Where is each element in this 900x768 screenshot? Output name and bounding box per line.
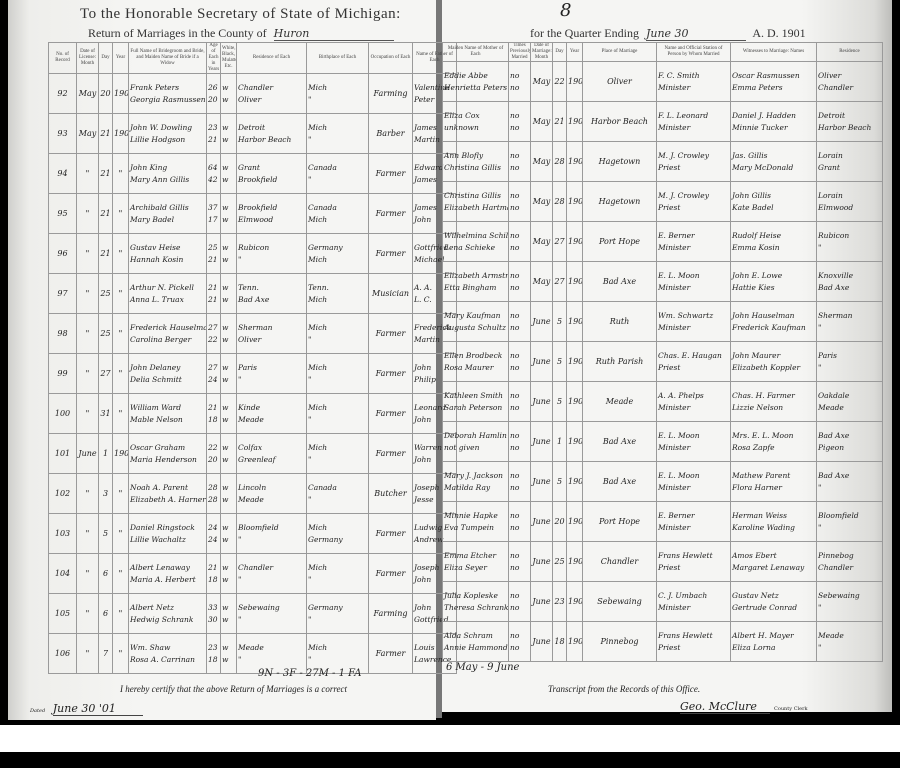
cell-age-b: 28 — [208, 494, 219, 506]
cell-pair: Ellen BrodbeckRosa Maurer — [443, 342, 509, 382]
cell-prev-g: no — [510, 70, 529, 82]
cell-pair: nono — [509, 622, 531, 662]
cell-age-b: 21 — [208, 134, 219, 146]
cell-pair: Tenn.Bad Axe — [237, 274, 307, 314]
cell-pair: ww — [221, 154, 237, 194]
cell-pair: Ann BloflyChristina Gillis — [443, 142, 509, 182]
cell-res-g: Lincoln — [238, 482, 305, 494]
cell-mar-day: 28 — [553, 182, 567, 222]
cell-birth-g: Mich — [308, 442, 367, 454]
cell-wres1: Bad Axe — [818, 430, 881, 442]
cell-prev-g: no — [510, 470, 529, 482]
cell-wit2: Emma Peters — [732, 82, 815, 94]
cell-pair: nono — [509, 142, 531, 182]
cell-age-g: 28 — [208, 482, 219, 494]
right-column-header: Date of Marriage: Month — [531, 43, 553, 62]
cell-mother-b: Theresa Schrank — [444, 602, 507, 614]
cell-pair: ChandlerOliver — [237, 74, 307, 114]
cell-pair: Eliza Coxunknown — [443, 102, 509, 142]
certification-text: I hereby certify that the above Return o… — [120, 684, 347, 694]
document-title: To the Honorable Secretary of State of M… — [80, 6, 401, 23]
left-column-header: Occupation of Each — [369, 43, 413, 74]
cell-birth-b: " — [308, 174, 367, 186]
cell-mar-month: June — [531, 502, 553, 542]
cell-pair: ww — [221, 194, 237, 234]
cell-lic-day: 6 — [99, 554, 113, 594]
cell-color-b: w — [222, 574, 235, 586]
right-record-row: Mary J. JacksonMatilda RaynonoJune51901B… — [443, 462, 883, 502]
cell-color-b: w — [222, 254, 235, 266]
cell-lic-month: June — [77, 434, 99, 474]
cell-lic-year: " — [113, 234, 129, 274]
cell-pair: F. C. SmithMinister — [657, 62, 731, 102]
cell-groom: Archibald Gillis — [130, 202, 205, 214]
cell-wit2: Kate Badel — [732, 202, 815, 214]
cell-officiant-title: Priest — [658, 202, 729, 214]
cell-mother-b: Augusta Schultz — [444, 322, 507, 334]
cell-lic-month: " — [77, 514, 99, 554]
year-value: 1 — [800, 26, 806, 40]
cell-lic-month: " — [77, 154, 99, 194]
cell-age-b: 20 — [208, 454, 219, 466]
cell-age-b: 42 — [208, 174, 219, 186]
cell-age-g: 23 — [208, 642, 219, 654]
cell-lic-year: " — [113, 594, 129, 634]
cell-age-g: 33 — [208, 602, 219, 614]
cell-pair: Mary KaufmanAugusta Schultz — [443, 302, 509, 342]
cell-wit1: Jas. Gillis — [732, 150, 815, 162]
cell-wres2: " — [818, 602, 881, 614]
cell-birth-b: " — [308, 374, 367, 386]
cell-officiant-title: Minister — [658, 282, 729, 294]
cell-prev-g: no — [510, 550, 529, 562]
county-label: Return of Marriages in the County of — [88, 26, 267, 40]
cell-color-g: w — [222, 562, 235, 574]
cell-wit2: Flora Harner — [732, 482, 815, 494]
cell-pair: nono — [509, 422, 531, 462]
cell-groom: Albert Netz — [130, 602, 205, 614]
cell-officiant-title: Minister — [658, 122, 729, 134]
cell-bride: Mable Nelson — [130, 414, 205, 426]
cell-lic-day: 31 — [99, 394, 113, 434]
cell-pair: Amos EbertMargaret Lenaway — [731, 542, 817, 582]
cell-pair: Gustav HeiseHannah Kosin — [129, 234, 207, 274]
cell-age-g: 22 — [208, 442, 219, 454]
cell-mar-day: 22 — [553, 62, 567, 102]
right-column-header: Place of Marriage — [583, 43, 657, 62]
cell-groom: Frederick Hauselman — [130, 322, 205, 334]
right-record-row: Ellen BrodbeckRosa MaurernonoJune51901Ru… — [443, 342, 883, 382]
cell-officiant: F. C. Smith — [658, 70, 729, 82]
cell-pair: 2118 — [207, 394, 221, 434]
cell-pair: ww — [221, 594, 237, 634]
cell-prev-g: no — [510, 110, 529, 122]
cell-pair: OakdaleMeade — [817, 382, 883, 422]
cell-mother-g: Ellen Brodbeck — [444, 350, 507, 362]
cell-wit1: Albert H. Mayer — [732, 630, 815, 642]
cell-pair: M. J. CrowleyPriest — [657, 182, 731, 222]
cell-groom: Daniel Ringstock — [130, 522, 205, 534]
cell-officiant: Frans Hewlett — [658, 550, 729, 562]
cell-occ: Farmer — [369, 154, 413, 194]
county-value: Huron — [274, 27, 394, 41]
cell-pair: John E. LoweHattie Kies — [731, 262, 817, 302]
cell-mar-day: 21 — [553, 102, 567, 142]
cell-age-g: 21 — [208, 282, 219, 294]
cell-birth-b: " — [308, 614, 367, 626]
cell-no: 98 — [49, 314, 77, 354]
cell-groom: Arthur N. Pickell — [130, 282, 205, 294]
cell-mar-year: 1901 — [567, 62, 583, 102]
quarter-value: June 30 — [646, 27, 746, 41]
cell-officiant: E. Berner — [658, 230, 729, 242]
cell-pair: ww — [221, 354, 237, 394]
left-column-header: White, Black, Mulatto, Etc. — [221, 43, 237, 74]
cell-pair: William WardMable Nelson — [129, 394, 207, 434]
left-record-row: 92May201901Frank PetersGeorgia Rasmussen… — [49, 74, 457, 114]
right-column-header: Name and Official Station of Person by W… — [657, 43, 731, 62]
cell-pair: Mich" — [307, 394, 369, 434]
cell-lic-year: " — [113, 634, 129, 674]
left-column-header: Year — [113, 43, 129, 74]
cell-color-g: w — [222, 122, 235, 134]
cell-wit2: Eliza Lorna — [732, 642, 815, 654]
cell-groom: Gustav Heise — [130, 242, 205, 254]
cell-pair: nono — [509, 102, 531, 142]
cell-res-b: Oliver — [238, 334, 305, 346]
cell-mother-g: Christina Gillis — [444, 190, 507, 202]
cell-wit1: Mathew Parent — [732, 470, 815, 482]
cell-color-g: w — [222, 522, 235, 534]
cell-pair: 6442 — [207, 154, 221, 194]
cell-wres1: Sebewaing — [818, 590, 881, 602]
cell-pair: Alda SchramAnnie Hammond — [443, 622, 509, 662]
cell-lic-day: 6 — [99, 594, 113, 634]
cell-pair: Chas. E. HauganPriest — [657, 342, 731, 382]
cell-lic-day: 5 — [99, 514, 113, 554]
cell-prev-g: no — [510, 150, 529, 162]
left-record-row: 102"3"Noah A. ParentElizabeth A. Harner2… — [49, 474, 457, 514]
cell-officiant-title: Minister — [658, 602, 729, 614]
cell-pair: 2828 — [207, 474, 221, 514]
cell-wit1: John E. Lowe — [732, 270, 815, 282]
cell-mar-day: 28 — [553, 142, 567, 182]
cell-place: Port Hope — [583, 502, 657, 542]
cell-bride: Carolina Berger — [130, 334, 205, 346]
cell-birth-g: Tenn. — [308, 282, 367, 294]
cell-pair: nono — [509, 342, 531, 382]
cell-prev-b: no — [510, 82, 529, 94]
cell-pair: Emma EtcherEliza Seyer — [443, 542, 509, 582]
cell-pair: Christina GillisElizabeth Hartman — [443, 182, 509, 222]
cell-wres1: Sherman — [818, 310, 881, 322]
cell-pair: Tenn.Mich — [307, 274, 369, 314]
cell-wres2: Chandler — [818, 82, 881, 94]
cell-birth-g: Mich — [308, 522, 367, 534]
left-register-table: No. of RecordDate of License: MonthDayYe… — [48, 42, 457, 674]
cell-age-b: 24 — [208, 534, 219, 546]
cell-pair: Daniel RingstockLillie Wachaltz — [129, 514, 207, 554]
cell-wres2: Harbor Beach — [818, 122, 881, 134]
cell-mar-year: 1901 — [567, 502, 583, 542]
cell-wres2: " — [818, 322, 881, 334]
cell-color-g: w — [222, 482, 235, 494]
cell-lic-month: " — [77, 194, 99, 234]
cell-occ: Farmer — [369, 514, 413, 554]
cell-color-g: w — [222, 642, 235, 654]
cell-groom: Noah A. Parent — [130, 482, 205, 494]
cell-pair: ww — [221, 74, 237, 114]
cell-wres1: Oakdale — [818, 390, 881, 402]
cell-bride: Maria A. Herbert — [130, 574, 205, 586]
left-column-header: Full Name of Bridegroom and Bride, and M… — [129, 43, 207, 74]
cell-mother-b: not given — [444, 442, 507, 454]
cell-officiant: E. L. Moon — [658, 430, 729, 442]
cell-no: 92 — [49, 74, 77, 114]
cell-occ: Farmer — [369, 194, 413, 234]
cell-pair: ww — [221, 114, 237, 154]
cell-lic-year: " — [113, 154, 129, 194]
cell-lic-month: " — [77, 234, 99, 274]
cell-no: 99 — [49, 354, 77, 394]
cell-occ: Farmer — [369, 554, 413, 594]
cell-bride: Maria Henderson — [130, 454, 205, 466]
cell-pair: Minnie HapkeEva Tumpein — [443, 502, 509, 542]
cell-wres2: " — [818, 362, 881, 374]
year-label: A. D. 190 — [752, 26, 799, 40]
cell-lic-month: " — [77, 354, 99, 394]
bottom-white-band — [0, 725, 900, 752]
left-column-header: No. of Record — [49, 43, 77, 74]
cell-age-g: 64 — [208, 162, 219, 174]
cell-pair: LincolnMeade — [237, 474, 307, 514]
left-record-row: 103"5"Daniel RingstockLillie Wachaltz242… — [49, 514, 457, 554]
cell-pair: Daniel J. HaddenMinnie Tucker — [731, 102, 817, 142]
cell-mar-month: May — [531, 182, 553, 222]
cell-res-g: Sebewaing — [238, 602, 305, 614]
cell-officiant: M. J. Crowley — [658, 150, 729, 162]
cell-mar-day: 23 — [553, 582, 567, 622]
left-record-row: 96"21"Gustav HeiseHannah Kosin2521wwRubi… — [49, 234, 457, 274]
cell-mother-g: Eliza Cox — [444, 110, 507, 122]
cell-pair: John KingMary Ann Gillis — [129, 154, 207, 194]
cell-res-g: Sherman — [238, 322, 305, 334]
cell-pair: ww — [221, 434, 237, 474]
clerk-label: County Clerk — [774, 706, 808, 712]
cell-wit2: Frederick Kaufman — [732, 322, 815, 334]
cell-mother-g: Emma Etcher — [444, 550, 507, 562]
cell-color-b: w — [222, 454, 235, 466]
cell-lic-day: 7 — [99, 634, 113, 674]
cell-pair: Paris" — [237, 354, 307, 394]
cell-pair: ww — [221, 314, 237, 354]
cell-place: Bad Axe — [583, 262, 657, 302]
cell-pair: C. J. UmbachMinister — [657, 582, 731, 622]
cell-bride: Rosa A. Carrinan — [130, 654, 205, 666]
cell-pair: Noah A. ParentElizabeth A. Harner — [129, 474, 207, 514]
cell-color-g: w — [222, 442, 235, 454]
cell-pair: ww — [221, 474, 237, 514]
cell-pair: E. L. MoonMinister — [657, 462, 731, 502]
cell-lic-day: 25 — [99, 274, 113, 314]
cell-birth-b: " — [308, 654, 367, 666]
cell-officiant: Wm. Schwartz — [658, 310, 729, 322]
cell-wres2: Bad Axe — [818, 282, 881, 294]
right-column-header: Maiden Name of Mother of Each — [443, 43, 509, 62]
right-record-row: Minnie HapkeEva TumpeinnonoJune201901Por… — [443, 502, 883, 542]
cell-pair: John GillisKate Badel — [731, 182, 817, 222]
cell-no: 97 — [49, 274, 77, 314]
cell-officiant-title: Minister — [658, 322, 729, 334]
cell-lic-year: " — [113, 314, 129, 354]
cell-mar-year: 1901 — [567, 182, 583, 222]
cell-prev-g: no — [510, 310, 529, 322]
county-line: Return of Marriages in the County of Hur… — [88, 26, 394, 41]
cell-prev-g: no — [510, 630, 529, 642]
cell-pair: Canada" — [307, 474, 369, 514]
left-record-row: 101June11901Oscar GrahamMaria Henderson2… — [49, 434, 457, 474]
cell-officiant: F. L. Leonard — [658, 110, 729, 122]
cell-mar-month: June — [531, 542, 553, 582]
cell-res-b: " — [238, 654, 305, 666]
cell-birth-b: " — [308, 494, 367, 506]
cell-mar-month: June — [531, 342, 553, 382]
cell-mar-day: 18 — [553, 622, 567, 662]
cell-age-g: 27 — [208, 362, 219, 374]
cell-birth-g: Mich — [308, 562, 367, 574]
cell-lic-day: 21 — [99, 234, 113, 274]
cell-officiant: C. J. Umbach — [658, 590, 729, 602]
cell-res-g: Chandler — [238, 562, 305, 574]
cell-mar-year: 1901 — [567, 422, 583, 462]
cell-wres2: " — [818, 522, 881, 534]
cell-officiant-title: Minister — [658, 482, 729, 494]
cell-pair: nono — [509, 302, 531, 342]
cell-wit1: Gustav Netz — [732, 590, 815, 602]
right-record-row: Elizabeth ArmstrongEtta BinghamnonoMay27… — [443, 262, 883, 302]
cell-pair: Jas. GillisMary McDonald — [731, 142, 817, 182]
cell-lic-month: " — [77, 554, 99, 594]
cell-groom: Frank Peters — [130, 82, 205, 94]
cell-age-b: 22 — [208, 334, 219, 346]
cell-mar-month: June — [531, 382, 553, 422]
cell-mar-month: June — [531, 622, 553, 662]
cell-mother-b: Christina Gillis — [444, 162, 507, 174]
cell-pair: LorainGrant — [817, 142, 883, 182]
cell-groom: John W. Dowling — [130, 122, 205, 134]
cell-bride: Delia Schmitt — [130, 374, 205, 386]
cell-place: Port Hope — [583, 222, 657, 262]
cell-wit2: Elizabeth Koppler — [732, 362, 815, 374]
cell-mother-b: Annie Hammond — [444, 642, 507, 654]
cell-pair: Chandler" — [237, 554, 307, 594]
cell-prev-b: no — [510, 162, 529, 174]
cell-groom: William Ward — [130, 402, 205, 414]
cell-pair: CanadaMich — [307, 194, 369, 234]
cell-prev-g: no — [510, 510, 529, 522]
cell-mar-year: 1901 — [567, 582, 583, 622]
cell-officiant-title: Minister — [658, 522, 729, 534]
transcript-text: Transcript from the Records of this Offi… — [548, 684, 700, 694]
cell-mar-year: 1901 — [567, 382, 583, 422]
right-record-row: Eliza CoxunknownnonoMay211901Harbor Beac… — [443, 102, 883, 142]
cell-pair: John W. DowlingLillie Hodgson — [129, 114, 207, 154]
cell-color-g: w — [222, 602, 235, 614]
cell-mother-b: Elizabeth Hartman — [444, 202, 507, 214]
cell-groom: Oscar Graham — [130, 442, 205, 454]
cell-age-g: 21 — [208, 562, 219, 574]
cell-color-b: w — [222, 294, 235, 306]
cell-birth-g: Mich — [308, 642, 367, 654]
cell-pair: E. L. MoonMinister — [657, 262, 731, 302]
cell-pair: BrookfieldElmwood — [237, 194, 307, 234]
cell-pair: LorainElmwood — [817, 182, 883, 222]
cell-mother-b: Etta Bingham — [444, 282, 507, 294]
cell-pair: Kathleen SmithSarah Peterson — [443, 382, 509, 422]
cell-res-g: Detroit — [238, 122, 305, 134]
cell-age-b: 18 — [208, 414, 219, 426]
cell-lic-month: " — [77, 634, 99, 674]
cell-occ: Farmer — [369, 234, 413, 274]
cell-mother-g: Eddie Abbe — [444, 70, 507, 82]
left-record-row: 94"21"John KingMary Ann Gillis6442wwGran… — [49, 154, 457, 194]
left-record-row: 95"21"Archibald GillisMary Badel3717wwBr… — [49, 194, 457, 234]
cell-age-g: 27 — [208, 322, 219, 334]
cell-age-g: 25 — [208, 242, 219, 254]
cell-no: 102 — [49, 474, 77, 514]
cell-birth-g: Canada — [308, 162, 367, 174]
cell-pair: nono — [509, 222, 531, 262]
cell-res-g: Rubicon — [238, 242, 305, 254]
cell-prev-g: no — [510, 390, 529, 402]
cell-pair: nono — [509, 462, 531, 502]
cell-mother-g: Wilhelmina Schilke — [444, 230, 507, 242]
cell-mar-month: June — [531, 302, 553, 342]
cell-lic-month: May — [77, 114, 99, 154]
cell-mar-year: 1901 — [567, 622, 583, 662]
cell-prev-b: no — [510, 322, 529, 334]
cell-officiant: E. L. Moon — [658, 470, 729, 482]
right-record-row: Emma EtcherEliza SeyernonoJune251901Chan… — [443, 542, 883, 582]
cell-age-b: 18 — [208, 654, 219, 666]
cell-prev-g: no — [510, 430, 529, 442]
cell-mother-g: Kathleen Smith — [444, 390, 507, 402]
dated-label: Dated — [30, 708, 45, 714]
cell-color-g: w — [222, 82, 235, 94]
cell-age-g: 37 — [208, 202, 219, 214]
cell-pair: 2118 — [207, 554, 221, 594]
cell-pair: Julia KopleskeTheresa Schrank — [443, 582, 509, 622]
cell-res-b: Greenleaf — [238, 454, 305, 466]
cell-lic-day: 20 — [99, 74, 113, 114]
cell-occ: Butcher — [369, 474, 413, 514]
quarter-line: for the Quarter Ending June 30 A. D. 190… — [530, 26, 806, 41]
right-column-header: Year — [567, 43, 583, 62]
cell-mar-year: 1901 — [567, 302, 583, 342]
cell-lic-month: " — [77, 474, 99, 514]
cell-birth-g: Canada — [308, 202, 367, 214]
cell-color-g: w — [222, 362, 235, 374]
cell-wres1: Lorain — [818, 150, 881, 162]
cell-officiant-title: Priest — [658, 362, 729, 374]
cell-pair: 2724 — [207, 354, 221, 394]
cell-birth-b: " — [308, 134, 367, 146]
cell-wit2: Hattie Kies — [732, 282, 815, 294]
left-record-row: 93May211901John W. DowlingLillie Hodgson… — [49, 114, 457, 154]
cell-birth-g: Mich — [308, 122, 367, 134]
cell-pair: Bloomfield" — [237, 514, 307, 554]
cell-res-b: " — [238, 374, 305, 386]
